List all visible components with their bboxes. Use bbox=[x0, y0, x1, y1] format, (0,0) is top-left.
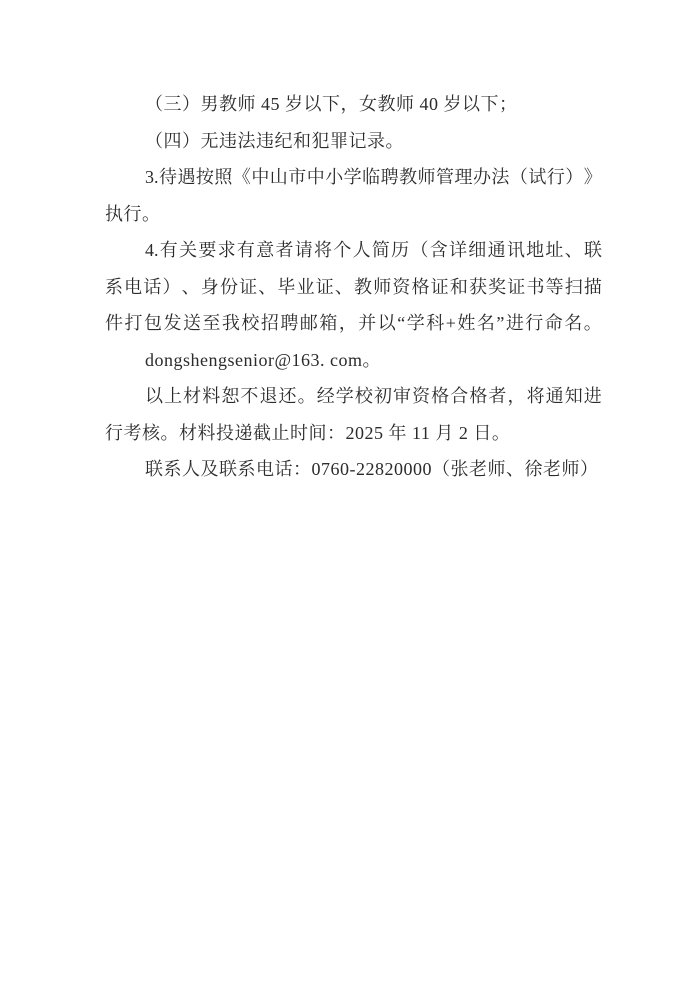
document-text-block: （三）男教师 45 岁以下，女教师 40 岁以下； （四）无违法违纪和犯罪记录。… bbox=[105, 86, 602, 488]
text-line-item4-start: 4.有关要求有意者请将个人简历（含详细通讯地址、联 bbox=[105, 232, 602, 269]
document-page: （三）男教师 45 岁以下，女教师 40 岁以下； （四）无违法违纪和犯罪记录。… bbox=[0, 0, 700, 990]
text-line-item4-middle: 系电话）、身份证、毕业证、教师资格证和获奖证书等扫描 bbox=[105, 269, 602, 306]
text-line-contact-phone: 联系人及联系电话：0760-22820000（张老师、徐老师） bbox=[105, 451, 602, 488]
text-line-clause-four: （四）无违法违纪和犯罪记录。 bbox=[105, 123, 602, 160]
text-line-item3-end: 执行。 bbox=[105, 196, 602, 233]
text-line-item4-end: 件打包发送至我校招聘邮箱，并以“学科+姓名”进行命名。 bbox=[105, 305, 602, 342]
text-line-materials-deadline: 行考核。材料投递截止时间：2025 年 11 月 2 日。 bbox=[105, 415, 602, 452]
text-line-item3-start: 3.待遇按照《中山市中小学临聘教师管理办法（试行）》 bbox=[105, 159, 602, 196]
text-line-materials-start: 以上材料恕不退还。经学校初审资格合格者，将通知进 bbox=[105, 378, 602, 415]
text-line-email: dongshengsenior@163. com。 bbox=[105, 342, 602, 379]
text-line-clause-three: （三）男教师 45 岁以下，女教师 40 岁以下； bbox=[105, 86, 602, 123]
